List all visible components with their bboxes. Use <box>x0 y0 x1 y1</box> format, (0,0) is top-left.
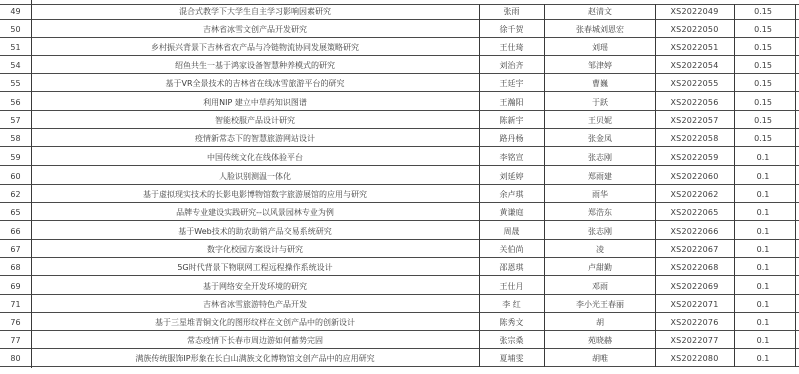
project-code: XS2022054 <box>656 61 733 71</box>
row-number: 49 <box>0 7 31 17</box>
project-title: 基于三星堆青铜文化的图形纹样在文创产品中的创新设计 <box>31 318 479 328</box>
row-number: 80 <box>0 354 31 364</box>
row-number: 69 <box>0 282 31 292</box>
funding: 0.15 <box>733 43 793 53</box>
funding: 0.15 <box>733 61 793 71</box>
project-leader: 张雨 <box>479 7 544 17</box>
project-leader: 刘治齐 <box>479 61 544 71</box>
advisor: 张春城刘恩宏 <box>544 25 656 35</box>
funding: 0.15 <box>733 116 793 126</box>
advisor: 刘瑶 <box>544 43 656 53</box>
project-leader: 夏埔雯 <box>479 354 544 364</box>
project-leader: 余卢琪 <box>479 190 544 200</box>
project-leader: 关伯尚 <box>479 245 544 255</box>
project-title: 乡村振兴背景下吉林省农产品与冷链物流协同发展策略研究 <box>31 43 479 53</box>
funding: 0.1 <box>733 208 793 218</box>
funding: 0.15 <box>733 25 793 35</box>
project-leader: 李铭宣 <box>479 153 544 163</box>
project-title: 疫情新常态下的智慧旅游网站设计 <box>31 134 479 144</box>
table-row: 66 基于Web技术的助农助销产品交易系统研究 周晟 张志刚 XS2022066… <box>0 221 799 240</box>
project-leader: 邵恩琪 <box>479 263 544 273</box>
table-row: 50 吉林省冰雪文创产品开发研究 徐千贺 张春城刘恩宏 XS2022050 0.… <box>0 20 799 38</box>
project-leader: 黄谦庭 <box>479 208 544 218</box>
funding: 0.1 <box>733 190 793 200</box>
project-code: XS2022058 <box>656 134 733 144</box>
advisor: 张志刚 <box>544 227 656 237</box>
project-title: 利用NIP 建立中草药知识图谱 <box>31 98 479 108</box>
advisor: 卢甜勤 <box>544 263 656 273</box>
project-title: 基于虚拟现实技术的长影电影博物馆数字旅游展馆的应用与研究 <box>31 190 479 200</box>
column-divider <box>734 4 735 367</box>
row-number: 71 <box>0 300 31 310</box>
project-leader: 路丹杨 <box>479 134 544 144</box>
table-row: 71 吉林省冰雪旅游特色产品开发 李 红 李小光王春丽 XS2022071 0.… <box>0 295 799 313</box>
table-row: 56 利用NIP 建立中草药知识图谱 王瀚阳 于跃 XS2022056 0.15 <box>0 92 799 111</box>
table-row: 68 5G时代背景下物联网工程远程操作系统设计 邵恩琪 卢甜勤 XS202206… <box>0 258 799 276</box>
table-row: 76 基于三星堆青铜文化的图形纹样在文创产品中的创新设计 陈秀文 胡 XS202… <box>0 313 799 331</box>
advisor: 雨华 <box>544 190 656 200</box>
row-number: 67 <box>0 245 31 255</box>
column-divider <box>479 4 480 367</box>
advisor: 胡唯 <box>544 354 656 364</box>
table-row: 77 常态疫情下长春市周边游如何蓄势完固 张宗桑 苑晓赫 XS2022077 0… <box>0 331 799 349</box>
row-number: 54 <box>0 61 31 71</box>
project-title: 基于网络安全开发环境的研究 <box>31 282 479 292</box>
row-number: 51 <box>0 43 31 53</box>
advisor: 苑晓赫 <box>544 336 656 346</box>
funding: 0.1 <box>733 172 793 182</box>
row-number: 68 <box>0 263 31 273</box>
project-code: XS2022060 <box>656 172 733 182</box>
column-divider <box>31 0 32 368</box>
project-code: XS2022059 <box>656 153 733 163</box>
row-number: 50 <box>0 25 31 35</box>
project-code: XS2022068 <box>656 263 733 273</box>
project-code: XS2022049 <box>656 7 733 17</box>
project-code: XS2022076 <box>656 318 733 328</box>
funding: 0.1 <box>733 354 793 364</box>
column-divider <box>655 4 656 367</box>
project-leader: 王廷宇 <box>479 79 544 89</box>
project-leader: 王瀚阳 <box>479 98 544 108</box>
row-number: 77 <box>0 336 31 346</box>
project-title: 品牌专业建设实践研究--以风景园林专业为例 <box>31 208 479 218</box>
project-leader: 陈秀文 <box>479 318 544 328</box>
project-code: XS2022080 <box>656 354 733 364</box>
row-number: 76 <box>0 318 31 328</box>
project-title: 智能校服产品设计研究 <box>31 116 479 126</box>
funding: 0.15 <box>733 7 793 17</box>
funding: 0.15 <box>733 134 793 144</box>
project-code: XS2022067 <box>656 245 733 255</box>
advisor: 郑浩东 <box>544 208 656 218</box>
project-title: 基于VR全景技术的吉林省在线冰雪旅游平台的研究 <box>31 79 479 89</box>
advisor: 王贝妮 <box>544 116 656 126</box>
project-code: XS2022066 <box>656 227 733 237</box>
funding: 0.15 <box>733 79 793 89</box>
project-code: XS2022065 <box>656 208 733 218</box>
project-title: 中国传统文化在线体验平台 <box>31 153 479 163</box>
funding: 0.1 <box>733 318 793 328</box>
project-code: XS2022069 <box>656 282 733 292</box>
table-row: 80 满族传统服饰IP形象在长白山满族文化博物馆文创产品中的应用研究 夏埔雯 胡… <box>0 349 799 367</box>
table-row: 62 基于虚拟现实技术的长影电影博物馆数字旅游展馆的应用与研究 余卢琪 雨华 X… <box>0 185 799 203</box>
project-leader: 徐千贺 <box>479 25 544 35</box>
table-row: 59 中国传统文化在线体验平台 李铭宣 张志刚 XS2022059 0.1 <box>0 147 799 166</box>
row-number: 60 <box>0 172 31 182</box>
project-table: 49 混合式教学下大学生自主学习影响因素研究 张雨 赵清文 XS2022049 … <box>0 0 799 374</box>
table-row: 67 数字化校园方案设计与研究 关伯尚 凌 XS2022067 0.1 <box>0 240 799 258</box>
row-number: 62 <box>0 190 31 200</box>
project-title: 吉林省冰雪文创产品开发研究 <box>31 25 479 35</box>
funding: 0.1 <box>733 245 793 255</box>
row-number: 56 <box>0 98 31 108</box>
project-code: XS2022071 <box>656 300 733 310</box>
funding: 0.1 <box>733 282 793 292</box>
table-row: 57 智能校服产品设计研究 陈新宇 王贝妮 XS2022057 0.15 <box>0 111 799 129</box>
project-title: 吉林省冰雪旅游特色产品开发 <box>31 300 479 310</box>
project-code: XS2022062 <box>656 190 733 200</box>
column-divider <box>795 4 796 367</box>
row-number: 57 <box>0 116 31 126</box>
funding: 0.1 <box>733 263 793 273</box>
advisor: 张金凤 <box>544 134 656 144</box>
project-code: XS2022051 <box>656 43 733 53</box>
row-number: 59 <box>0 153 31 163</box>
column-divider <box>544 4 545 367</box>
table-row: 60 人脸识别测温一体化 刘延婷 郑雨建 XS2022060 0.1 <box>0 166 799 185</box>
project-leader: 王仕琦 <box>479 43 544 53</box>
advisor: 李小光王春丽 <box>544 300 656 310</box>
project-leader: 王仕月 <box>479 282 544 292</box>
advisor: 于跃 <box>544 98 656 108</box>
advisor: 张志刚 <box>544 153 656 163</box>
project-leader: 陈新宇 <box>479 116 544 126</box>
funding: 0.15 <box>733 98 793 108</box>
project-code: XS2022057 <box>656 116 733 126</box>
row-number: 65 <box>0 208 31 218</box>
project-title: 常态疫情下长春市周边游如何蓄势完固 <box>31 336 479 346</box>
table-row: 69 基于网络安全开发环境的研究 王仕月 邓雨 XS2022069 0.1 <box>0 276 799 295</box>
project-title: 绍鱼共生一基于鸿家设备智慧种养模式的研究 <box>31 61 479 71</box>
project-code: XS2022050 <box>656 25 733 35</box>
project-title: 数字化校园方案设计与研究 <box>31 245 479 255</box>
advisor: 邹津婷 <box>544 61 656 71</box>
funding: 0.1 <box>733 153 793 163</box>
advisor: 郑雨建 <box>544 172 656 182</box>
funding: 0.1 <box>733 227 793 237</box>
project-code: XS2022056 <box>656 98 733 108</box>
project-leader: 刘延婷 <box>479 172 544 182</box>
table-row: 65 品牌专业建设实践研究--以风景园林专业为例 黄谦庭 郑浩东 XS20220… <box>0 203 799 221</box>
row-number: 55 <box>0 79 31 89</box>
table-row: 54 绍鱼共生一基于鸿家设备智慧种养模式的研究 刘治齐 邹津婷 XS202205… <box>0 56 799 74</box>
project-title: 5G时代背景下物联网工程远程操作系统设计 <box>31 263 479 273</box>
project-title: 基于Web技术的助农助销产品交易系统研究 <box>31 227 479 237</box>
advisor: 曹巍 <box>544 79 656 89</box>
table-row: 49 混合式教学下大学生自主学习影响因素研究 张雨 赵清文 XS2022049 … <box>0 5 799 20</box>
table-row: 55 基于VR全景技术的吉林省在线冰雪旅游平台的研究 王廷宇 曹巍 XS2022… <box>0 74 799 92</box>
advisor: 凌 <box>544 245 656 255</box>
project-leader: 张宗桑 <box>479 336 544 346</box>
table-row: 51 乡村振兴背景下吉林省农产品与冷链物流协同发展策略研究 王仕琦 刘瑶 XS2… <box>0 38 799 56</box>
row-number: 58 <box>0 134 31 144</box>
advisor: 胡 <box>544 318 656 328</box>
advisor: 邓雨 <box>544 282 656 292</box>
advisor: 赵清文 <box>544 7 656 17</box>
table-row: 58 疫情新常态下的智慧旅游网站设计 路丹杨 张金凤 XS2022058 0.1… <box>0 129 799 147</box>
project-leader: 李 红 <box>479 300 544 310</box>
funding: 0.1 <box>733 336 793 346</box>
project-code: XS2022077 <box>656 336 733 346</box>
funding: 0.1 <box>733 300 793 310</box>
project-title: 满族传统服饰IP形象在长白山满族文化博物馆文创产品中的应用研究 <box>31 354 479 364</box>
project-leader: 周晟 <box>479 227 544 237</box>
project-title: 人脸识别测温一体化 <box>31 172 479 182</box>
row-number: 66 <box>0 227 31 237</box>
project-code: XS2022055 <box>656 79 733 89</box>
project-title: 混合式教学下大学生自主学习影响因素研究 <box>31 7 479 17</box>
